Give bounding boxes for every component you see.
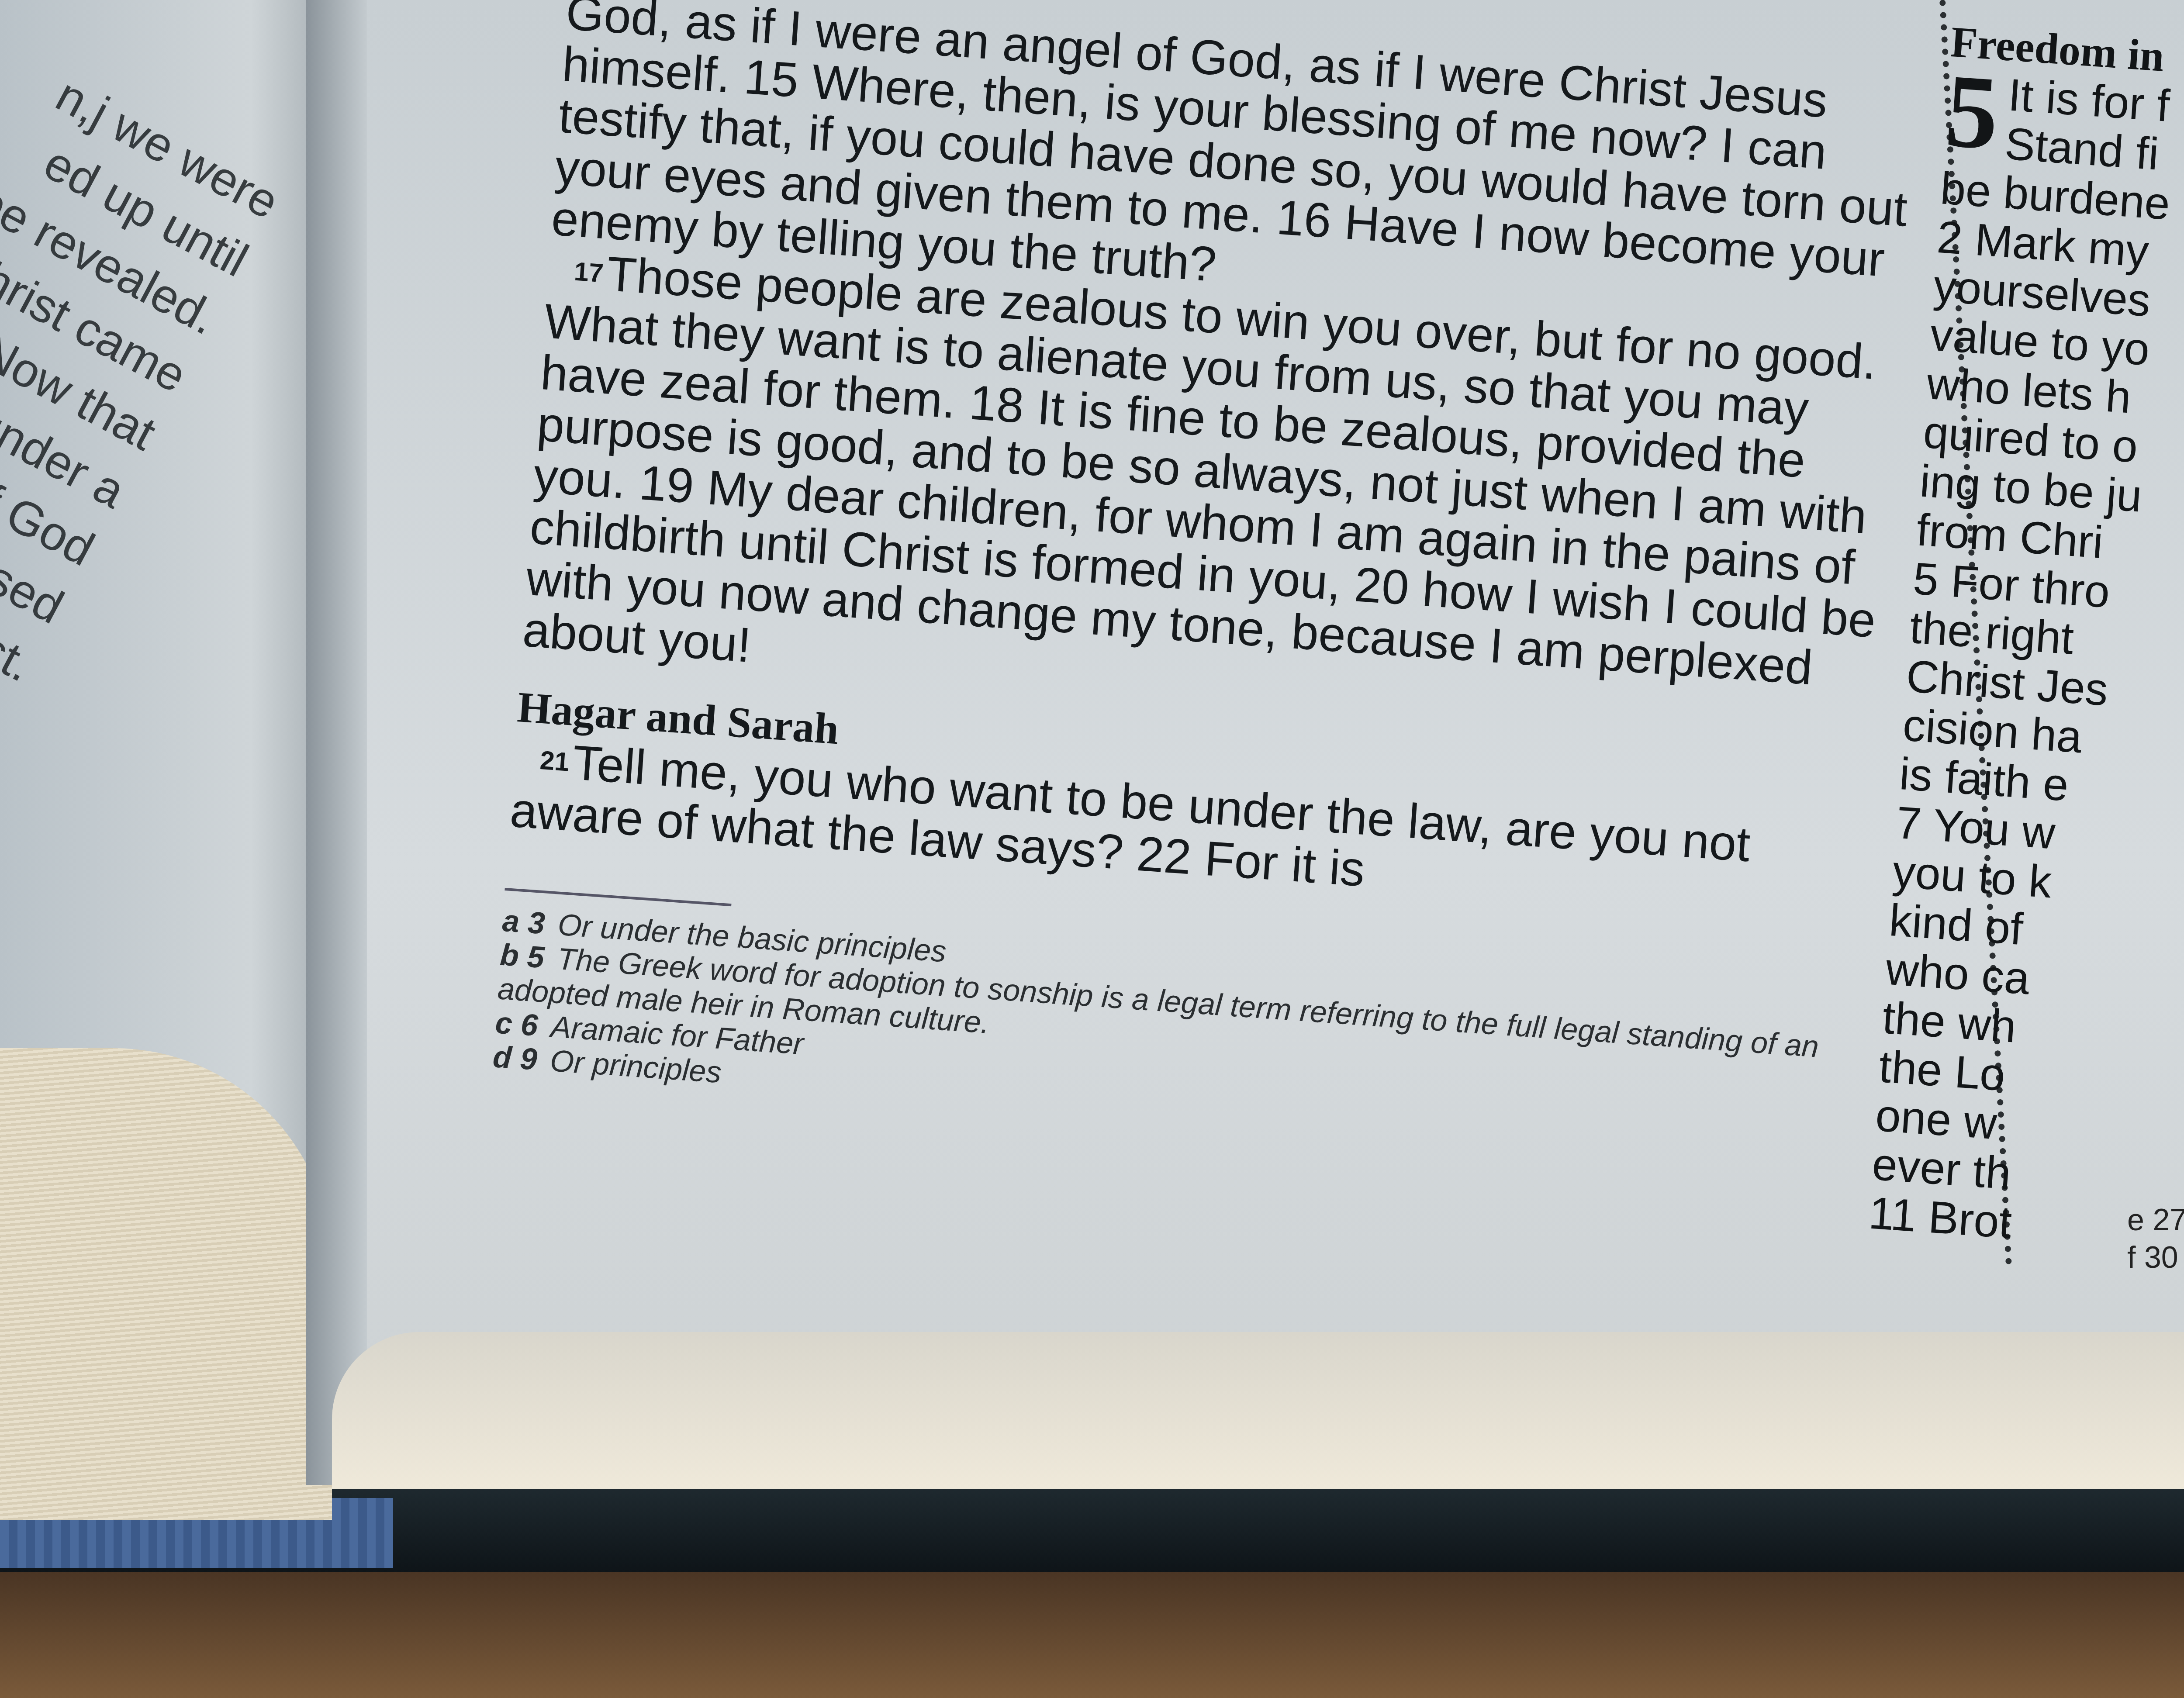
footnote-label: e 27 [2127, 1201, 2184, 1239]
footnote-label: d 9 [492, 1039, 538, 1077]
footnote-label: a 3 [501, 904, 546, 941]
book-gutter [306, 0, 367, 1485]
main-text-column: God, as if I were an angel of God, as if… [492, 0, 1918, 1168]
side-footnotes: e 27 f 30 [2127, 1201, 2184, 1276]
left-page: n,j we were ed up until be revealed. Chr… [0, 0, 358, 1485]
verse-number: 21 [539, 745, 570, 777]
page-edges [0, 1048, 332, 1520]
footnote-label: f 30 [2127, 1239, 2184, 1276]
chapter-number: 5 [1943, 66, 2001, 157]
page-bottom-edge [332, 1332, 2184, 1489]
footnote-label: c 6 [494, 1005, 539, 1042]
footnote-label: b 5 [499, 938, 545, 975]
footnote-rule [505, 888, 731, 906]
open-bible-photo: n,j we were ed up until be revealed. Chr… [0, 0, 2184, 1698]
left-page-text: n,j we were ed up until be revealed. Chr… [0, 9, 290, 813]
verse-number: 17 [573, 257, 604, 288]
wooden-table [0, 1572, 2184, 1698]
